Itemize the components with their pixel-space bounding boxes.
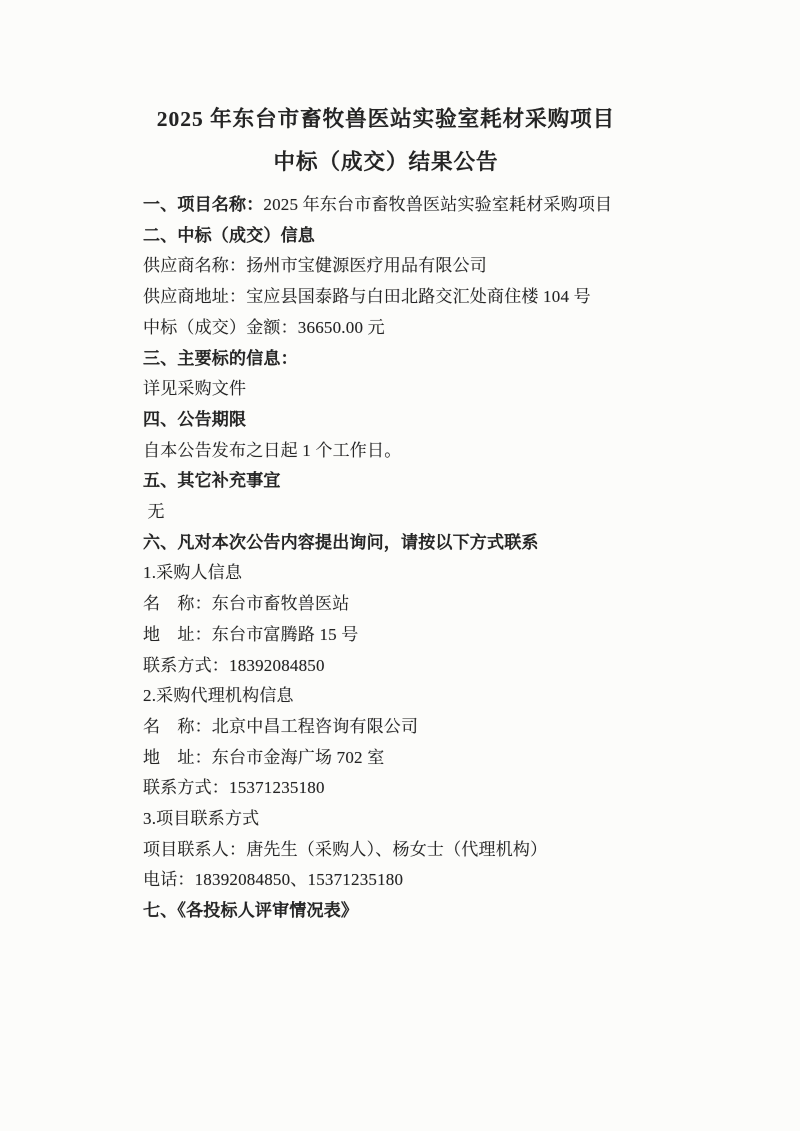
document-line: 自本公告发布之日起 1 个工作日。: [143, 436, 655, 467]
document-title: 2025 年东台市畜牧兽医站实验室耗材采购项目: [130, 106, 642, 133]
line-text-segment: 名 称：东台市畜牧兽医站: [143, 594, 349, 613]
document-line: 地 址：东台市富腾路 15 号: [143, 620, 655, 651]
line-text-segment: 供应商名称：扬州市宝健源医疗用品有限公司: [143, 256, 487, 275]
document-line: 3.项目联系方式: [143, 804, 655, 835]
document-line: 四、公告期限: [143, 405, 655, 436]
line-bold-segment: 七、《各投标人评审情况表》: [143, 901, 358, 920]
line-bold-segment: 二、中标（成交）信息: [143, 226, 315, 245]
document-line: 五、其它补充事宜: [143, 466, 655, 497]
document-line: 电话：18392084850、15371235180: [143, 865, 655, 896]
line-text-segment: 名 称：北京中昌工程咨询有限公司: [143, 717, 418, 736]
line-text-segment: 联系方式：15371235180: [143, 778, 325, 797]
document-line: 详见采购文件: [143, 374, 655, 405]
document-line: 三、主要标的信息：: [143, 344, 655, 375]
document-line: 七、《各投标人评审情况表》: [143, 896, 655, 927]
document-line: 名 称：东台市畜牧兽医站: [143, 589, 655, 620]
document-line: 1.采购人信息: [143, 558, 655, 589]
document-line: 无: [143, 497, 655, 528]
line-text-segment: 项目联系人：唐先生（采购人）、杨女士（代理机构）: [143, 840, 547, 859]
line-bold-segment: 五、其它补充事宜: [143, 471, 281, 490]
line-text-segment: 供应商地址：宝应县国泰路与白田北路交汇处商住楼 104 号: [143, 287, 591, 306]
line-text-segment: 2025 年东台市畜牧兽医站实验室耗材采购项目: [263, 195, 612, 214]
line-text-segment: 自本公告发布之日起 1 个工作日。: [143, 441, 401, 460]
line-text-segment: 1.采购人信息: [143, 563, 242, 582]
document-line: 名 称：北京中昌工程咨询有限公司: [143, 712, 655, 743]
line-bold-segment: 六、凡对本次公告内容提出询问，请按以下方式联系: [143, 533, 539, 552]
line-text-segment: 地 址：东台市富腾路 15 号: [143, 625, 359, 644]
document-line: 供应商名称：扬州市宝健源医疗用品有限公司: [143, 251, 655, 282]
document-body: 一、项目名称：2025 年东台市畜牧兽医站实验室耗材采购项目 二、中标（成交）信…: [143, 190, 655, 927]
document-line: 联系方式：15371235180: [143, 773, 655, 804]
line-text-segment: 电话：18392084850、15371235180: [143, 870, 403, 889]
document-line: 联系方式：18392084850: [143, 651, 655, 682]
document-line: 地 址：东台市金海广场 702 室: [143, 743, 655, 774]
document-line: 六、凡对本次公告内容提出询问，请按以下方式联系: [143, 528, 655, 559]
line-text-segment: 3.项目联系方式: [143, 809, 259, 828]
line-text-segment: 地 址：东台市金海广场 702 室: [143, 748, 384, 767]
line-text-segment: 联系方式：18392084850: [143, 656, 325, 675]
document-line: 中标（成交）金额：36650.00 元: [143, 313, 655, 344]
document-line: 2.采购代理机构信息: [143, 681, 655, 712]
line-text-segment: 无: [143, 502, 165, 521]
document-line: 二、中标（成交）信息: [143, 221, 655, 252]
line-bold-segment: 一、项目名称：: [143, 195, 263, 214]
document-line: 一、项目名称：2025 年东台市畜牧兽医站实验室耗材采购项目: [143, 190, 655, 221]
document-subtitle: 中标（成交）结果公告: [130, 149, 642, 176]
line-bold-segment: 四、公告期限: [143, 410, 246, 429]
document-line: 供应商地址：宝应县国泰路与白田北路交汇处商住楼 104 号: [143, 282, 655, 313]
line-bold-segment: 三、主要标的信息：: [143, 349, 298, 368]
document-line: 项目联系人：唐先生（采购人）、杨女士（代理机构）: [143, 835, 655, 866]
line-text-segment: 中标（成交）金额：36650.00 元: [143, 318, 385, 337]
scanned-page: 2025 年东台市畜牧兽医站实验室耗材采购项目 中标（成交）结果公告 一、项目名…: [0, 0, 800, 1131]
line-text-segment: 详见采购文件: [143, 379, 246, 398]
line-text-segment: 2.采购代理机构信息: [143, 686, 294, 705]
